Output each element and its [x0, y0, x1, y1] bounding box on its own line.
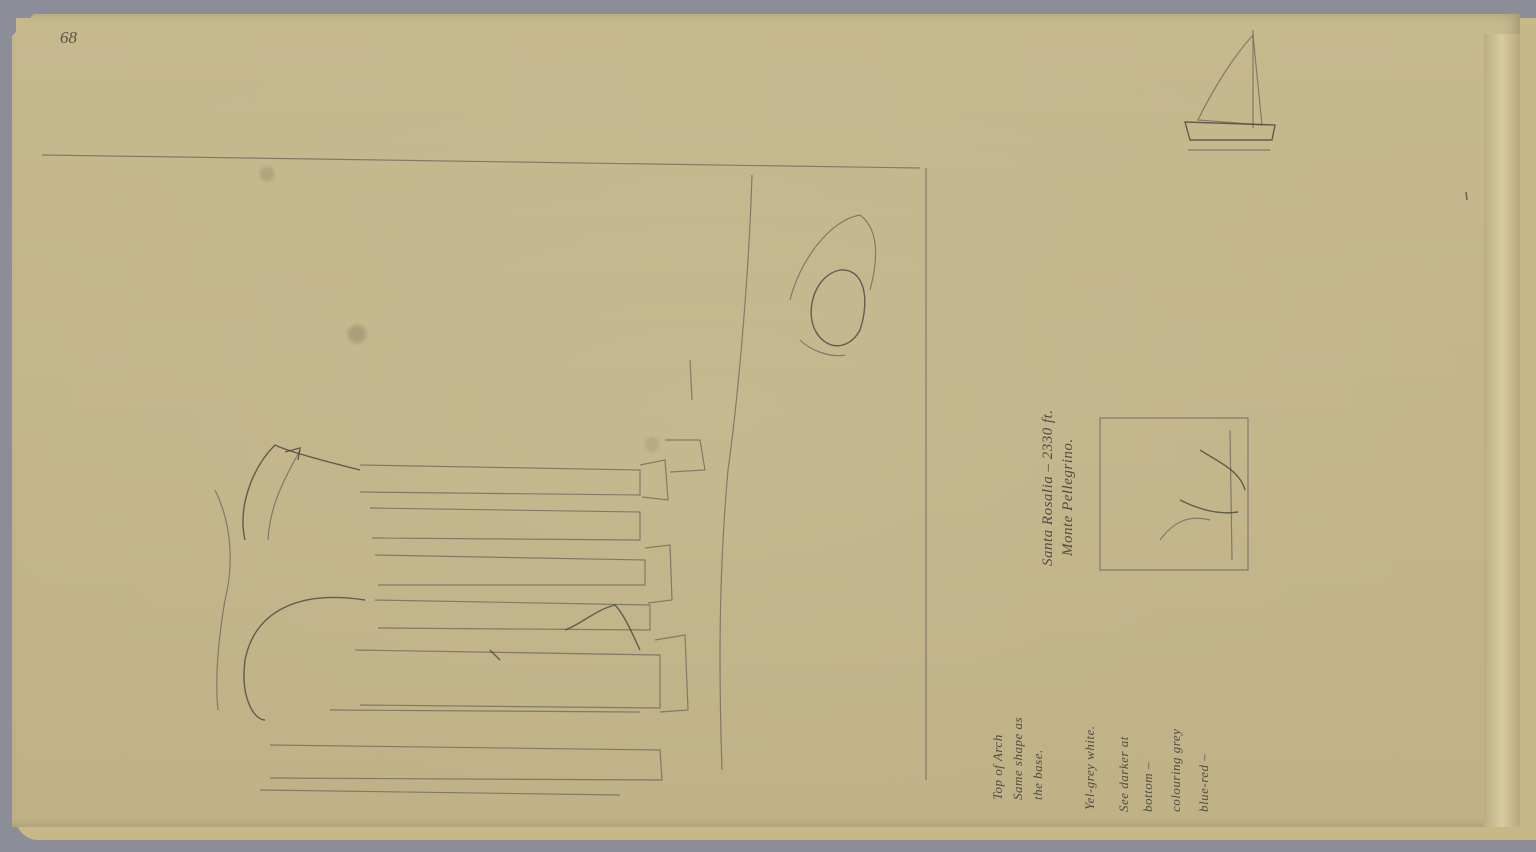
note-colour-line5: blue-red – — [1196, 754, 1212, 812]
note-location-line1: Santa Rosalia – 2330 ft. — [1040, 409, 1057, 566]
note-colour-line3: bottom – — [1140, 762, 1156, 812]
horizon-line — [690, 175, 752, 770]
note-arch-line3: the base. — [1030, 749, 1046, 800]
note-colour-line2: See darker at — [1116, 736, 1132, 812]
note-colour-line1: Yel-grey white. — [1082, 725, 1098, 810]
carved-head-sketch — [790, 215, 876, 356]
pencil-sketches — [0, 0, 1536, 852]
note-location-line2: Monte Pellegrino. — [1060, 438, 1077, 556]
note-arch-line2: Same shape as — [1010, 717, 1026, 800]
note-arch-line1: Top of Arch — [990, 734, 1006, 800]
note-colour-line4: colouring grey — [1168, 729, 1184, 812]
sailboat-sketch — [1185, 30, 1275, 150]
colonnade-sketch — [215, 440, 705, 795]
framed-thumbnail-sketch — [1100, 418, 1248, 570]
